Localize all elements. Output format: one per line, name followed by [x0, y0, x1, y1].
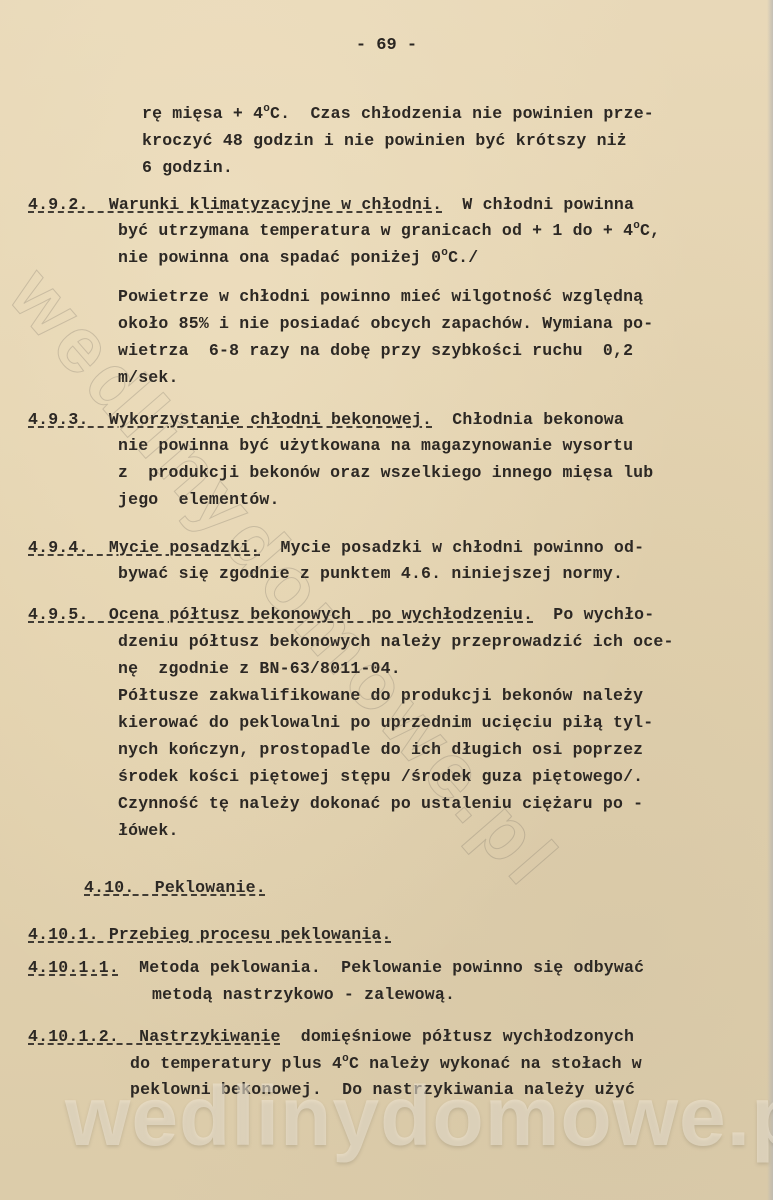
- body-text: C,: [640, 221, 660, 240]
- scanned-page: - 69 - rę mięsa + 4oC. Czas chłodzenia n…: [0, 0, 773, 1200]
- text-line-intro-3: 6 godzin.: [142, 158, 233, 177]
- body-text: nie powinna ona spadać poniżej 0: [118, 248, 441, 267]
- body-text: być utrzymana temperatura w granicach od…: [118, 221, 633, 240]
- text-line-intro-2: kroczyć 48 godzin i nie powinien być kró…: [142, 131, 627, 150]
- text-line-s495-8: Czynność tę należy dokonać po ustaleniu …: [118, 794, 643, 813]
- text-line-s410: 4.10. Peklowanie.: [84, 878, 266, 897]
- body-text: 6 godzin.: [142, 158, 233, 177]
- body-text: łówek.: [118, 821, 179, 840]
- text-line-s492-1: 4.9.2. Warunki klimatyzacyjne w chłodni.…: [28, 195, 634, 214]
- section-heading: 4.10.1.1.: [28, 958, 119, 977]
- text-line-s493-1: 4.9.3. Wykorzystanie chłodni bekonowej. …: [28, 410, 624, 429]
- body-text: C. Czas chłodzenia nie powinien prze-: [270, 104, 654, 123]
- body-text: nę zgodnie z BN-63/8011-04.: [118, 659, 401, 678]
- text-line-s495-9: łówek.: [118, 821, 179, 840]
- text-line-s495-6: nych kończyn, prostopadle do ich długich…: [118, 740, 643, 759]
- section-heading: 4.9.3. Wykorzystanie chłodni bekonowej.: [28, 410, 432, 429]
- text-line-s492-3: nie powinna ona spadać poniżej 0oC./: [118, 248, 478, 267]
- body-text: Mycie posadzki w chłodni powinno od-: [260, 538, 644, 557]
- text-line-s492-5: około 85% i nie posiadać obcych zapachów…: [118, 314, 653, 333]
- body-text: Czynność tę należy dokonać po ustaleniu …: [118, 794, 643, 813]
- text-line-s495-3: nę zgodnie z BN-63/8011-04.: [118, 659, 401, 678]
- body-text: dzeniu półtusz bekonowych należy przepro…: [118, 632, 674, 651]
- body-text: Po wychło-: [533, 605, 654, 624]
- body-text: m/sek.: [118, 368, 179, 387]
- body-text: nie powinna być użytkowana na magazynowa…: [118, 436, 633, 455]
- body-text: bywać się zgodnie z punktem 4.6. niniejs…: [118, 564, 623, 583]
- text-line-s493-4: jego elementów.: [118, 490, 280, 509]
- body-text: nych kończyn, prostopadle do ich długich…: [118, 740, 643, 759]
- section-heading: 4.9.2. Warunki klimatyzacyjne w chłodni.: [28, 195, 442, 214]
- body-text: kroczyć 48 godzin i nie powinien być kró…: [142, 131, 627, 150]
- text-line-s41011-1: 4.10.1.1. Metoda peklowania. Peklowanie …: [28, 958, 644, 977]
- section-heading: 4.9.4. Mycie posadzki.: [28, 538, 260, 557]
- body-text: kierować do peklowalni po uprzednim ucię…: [118, 713, 653, 732]
- text-line-s494-1: 4.9.4. Mycie posadzki. Mycie posadzki w …: [28, 538, 644, 557]
- text-line-s41012-1: 4.10.1.2. Nastrzykiwanie domięśniowe pół…: [28, 1027, 634, 1046]
- text-line-s493-2: nie powinna być użytkowana na magazynowa…: [118, 436, 633, 455]
- body-text: do temperatury plus 4: [130, 1054, 342, 1073]
- body-text: metodą nastrzykowo - zalewową.: [152, 985, 455, 1004]
- text-line-s495-2: dzeniu półtusz bekonowych należy przepro…: [118, 632, 674, 651]
- page-number: - 69 -: [0, 36, 773, 55]
- text-line-s492-7: m/sek.: [118, 368, 179, 387]
- page-edge: [767, 0, 773, 1200]
- body-text: środek kości piętowej stępu /środek guza…: [118, 767, 643, 786]
- text-line-s41012-2: do temperatury plus 4oC należy wykonać n…: [130, 1054, 642, 1073]
- body-text: z produkcji bekonów oraz wszelkiego inne…: [118, 463, 653, 482]
- text-line-s493-3: z produkcji bekonów oraz wszelkiego inne…: [118, 463, 653, 482]
- text-line-s495-4: Półtusze zakwalifikowane do produkcji be…: [118, 686, 643, 705]
- degree-superscript: o: [633, 220, 640, 232]
- text-line-s495-7: środek kości piętowej stępu /środek guza…: [118, 767, 643, 786]
- body-text: wietrza 6-8 razy na dobę przy szybkości …: [118, 341, 633, 360]
- section-heading: 4.9.5. Ocena półtusz bekonowych po wychł…: [28, 605, 533, 624]
- body-text: C./: [448, 248, 478, 267]
- body-text: Powietrze w chłodni powinno mieć wilgotn…: [118, 287, 643, 306]
- body-text: C należy wykonać na stołach w: [349, 1054, 642, 1073]
- section-heading: 4.10.1. Przebieg procesu peklowania.: [28, 925, 392, 944]
- body-text: Metoda peklowania. Peklowanie powinno si…: [119, 958, 644, 977]
- text-line-s495-1: 4.9.5. Ocena półtusz bekonowych po wychł…: [28, 605, 654, 624]
- body-text: około 85% i nie posiadać obcych zapachów…: [118, 314, 653, 333]
- text-line-intro-1: rę mięsa + 4oC. Czas chłodzenia nie powi…: [142, 104, 654, 123]
- text-line-s492-6: wietrza 6-8 razy na dobę przy szybkości …: [118, 341, 633, 360]
- body-text: Chłodnia bekonowa: [432, 410, 624, 429]
- body-text: W chłodni powinna: [442, 195, 634, 214]
- body-text: jego elementów.: [118, 490, 280, 509]
- body-text: Półtusze zakwalifikowane do produkcji be…: [118, 686, 643, 705]
- text-line-s492-2: być utrzymana temperatura w granicach od…: [118, 221, 660, 240]
- degree-superscript: o: [342, 1053, 349, 1065]
- text-line-s4101: 4.10.1. Przebieg procesu peklowania.: [28, 925, 392, 944]
- text-line-s495-5: kierować do peklowalni po uprzednim ucię…: [118, 713, 653, 732]
- text-line-s492-4: Powietrze w chłodni powinno mieć wilgotn…: [118, 287, 643, 306]
- section-heading: 4.10. Peklowanie.: [84, 878, 266, 897]
- text-line-s41012-3: peklowni bekonowej. Do nastrzykiwania na…: [130, 1080, 635, 1099]
- text-line-s41011-2: metodą nastrzykowo - zalewową.: [152, 985, 455, 1004]
- body-text: domięśniowe półtusz wychłodzonych: [281, 1027, 635, 1046]
- section-heading: 4.10.1.2. Nastrzykiwanie: [28, 1027, 281, 1046]
- body-text: peklowni bekonowej. Do nastrzykiwania na…: [130, 1080, 635, 1099]
- text-line-s494-2: bywać się zgodnie z punktem 4.6. niniejs…: [118, 564, 623, 583]
- body-text: rę mięsa + 4: [142, 104, 263, 123]
